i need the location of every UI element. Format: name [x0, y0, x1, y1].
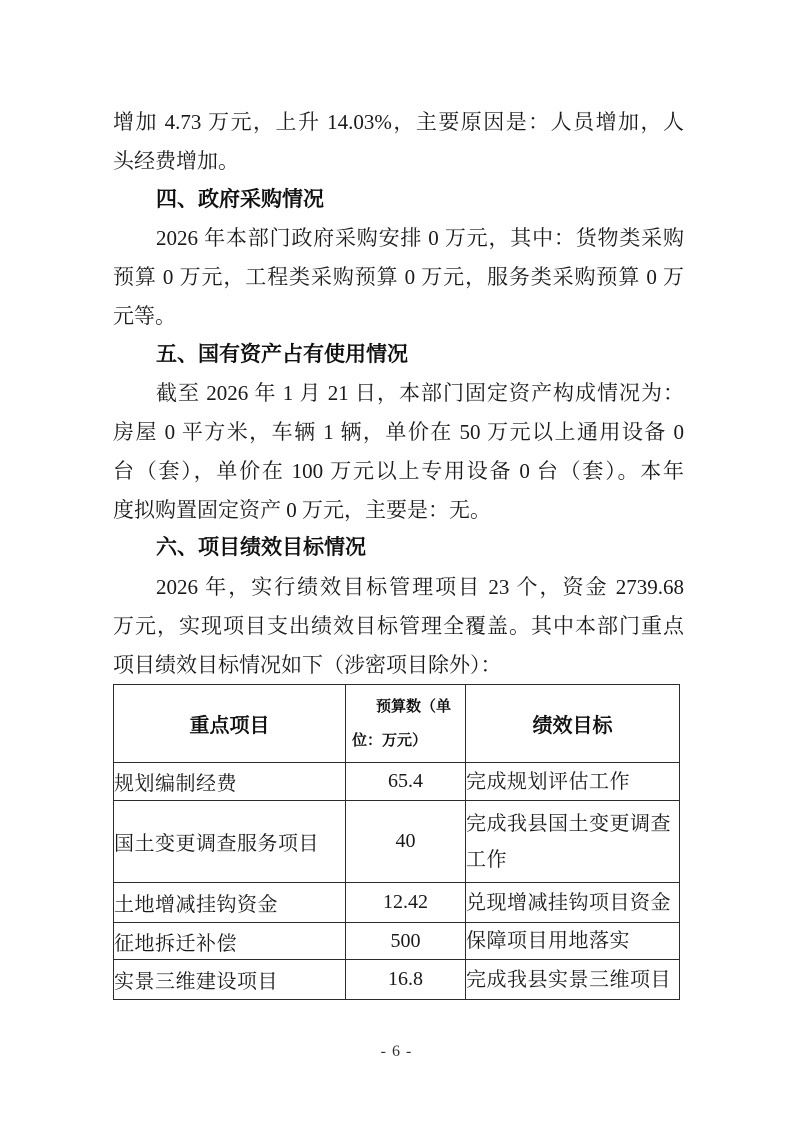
body-line: 截至 2026 年 1 月 21 日，本部门固定资产构成情况为： — [113, 374, 684, 413]
page-number: - 6 - — [0, 1042, 793, 1062]
document-content: 增加 4.73 万元，上升 14.03%，主要原因是：人员增加，人 头经费增加。… — [113, 103, 684, 1000]
cell-target: 兑现增减挂钩项目资金 — [466, 883, 680, 923]
cell-target-line: 完成我县实景三维项目 — [466, 962, 679, 998]
column-header-target: 绩效目标 — [466, 685, 680, 763]
cell-target: 完成我县实景三维项目 — [466, 960, 680, 1000]
cell-target-line: 工作 — [466, 842, 679, 878]
table-header-row: 重点项目 预算数（单 位：万元） 绩效目标 — [114, 685, 680, 763]
body-line: 头经费增加。 — [113, 142, 684, 181]
cell-project: 实景三维建设项目 — [114, 960, 346, 1000]
body-line: 万元，实现项目支出绩效目标管理全覆盖。其中本部门重点 — [113, 607, 684, 646]
column-header-budget-line1: 预算数（单 — [346, 690, 465, 724]
table-row: 国土变更调查服务项目 40 完成我县国土变更调查 工作 — [114, 801, 680, 883]
section-heading: 六、项目绩效目标情况 — [113, 529, 684, 568]
body-line: 增加 4.73 万元，上升 14.03%，主要原因是：人员增加，人 — [113, 103, 684, 142]
column-header-project: 重点项目 — [114, 685, 346, 763]
table-row: 实景三维建设项目 16.8 完成我县实景三维项目 — [114, 960, 680, 1000]
body-line: 项目绩效目标情况如下（涉密项目除外）： — [113, 646, 684, 685]
cell-budget: 500 — [346, 923, 466, 960]
cell-project: 规划编制经费 — [114, 763, 346, 801]
column-header-budget: 预算数（单 位：万元） — [346, 685, 466, 763]
body-line: 房屋 0 平方米，车辆 1 辆，单价在 50 万元以上通用设备 0 — [113, 413, 684, 452]
body-line: 2026 年本部门政府采购安排 0 万元，其中：货物类采购 — [113, 219, 684, 258]
table-row: 土地增减挂钩资金 12.42 兑现增减挂钩项目资金 — [114, 883, 680, 923]
table-row: 规划编制经费 65.4 完成规划评估工作 — [114, 763, 680, 801]
body-line: 预算 0 万元，工程类采购预算 0 万元，服务类采购预算 0 万 — [113, 258, 684, 297]
body-line: 2026 年，实行绩效目标管理项目 23 个，资金 2739.68 — [113, 568, 684, 607]
cell-budget: 16.8 — [346, 960, 466, 1000]
cell-target-line: 完成规划评估工作 — [466, 764, 679, 800]
body-line: 度拟购置固定资产 0 万元，主要是：无。 — [113, 491, 684, 530]
document-page: 增加 4.73 万元，上升 14.03%，主要原因是：人员增加，人 头经费增加。… — [0, 0, 793, 1122]
cell-project: 土地增减挂钩资金 — [114, 883, 346, 923]
cell-target-line: 完成我县国土变更调查 — [466, 806, 679, 842]
cell-project: 国土变更调查服务项目 — [114, 801, 346, 883]
cell-budget: 40 — [346, 801, 466, 883]
section-heading: 五、国有资产占有使用情况 — [113, 336, 684, 375]
performance-targets-table: 重点项目 预算数（单 位：万元） 绩效目标 规划编制经费 65.4 完成规划评估… — [113, 684, 680, 1000]
cell-target: 保障项目用地落实 — [466, 923, 680, 960]
cell-budget: 12.42 — [346, 883, 466, 923]
body-line: 台（套），单价在 100 万元以上专用设备 0 台（套）。本年 — [113, 452, 684, 491]
section-heading: 四、政府采购情况 — [113, 181, 684, 220]
cell-target: 完成规划评估工作 — [466, 763, 680, 801]
cell-target: 完成我县国土变更调查 工作 — [466, 801, 680, 883]
body-line: 元等。 — [113, 297, 684, 336]
table-row: 征地拆迁补偿 500 保障项目用地落实 — [114, 923, 680, 960]
cell-target-line: 兑现增减挂钩项目资金 — [466, 885, 679, 921]
cell-target-line: 保障项目用地落实 — [466, 923, 679, 959]
column-header-budget-line2: 位：万元） — [346, 724, 465, 758]
cell-project: 征地拆迁补偿 — [114, 923, 346, 960]
cell-budget: 65.4 — [346, 763, 466, 801]
